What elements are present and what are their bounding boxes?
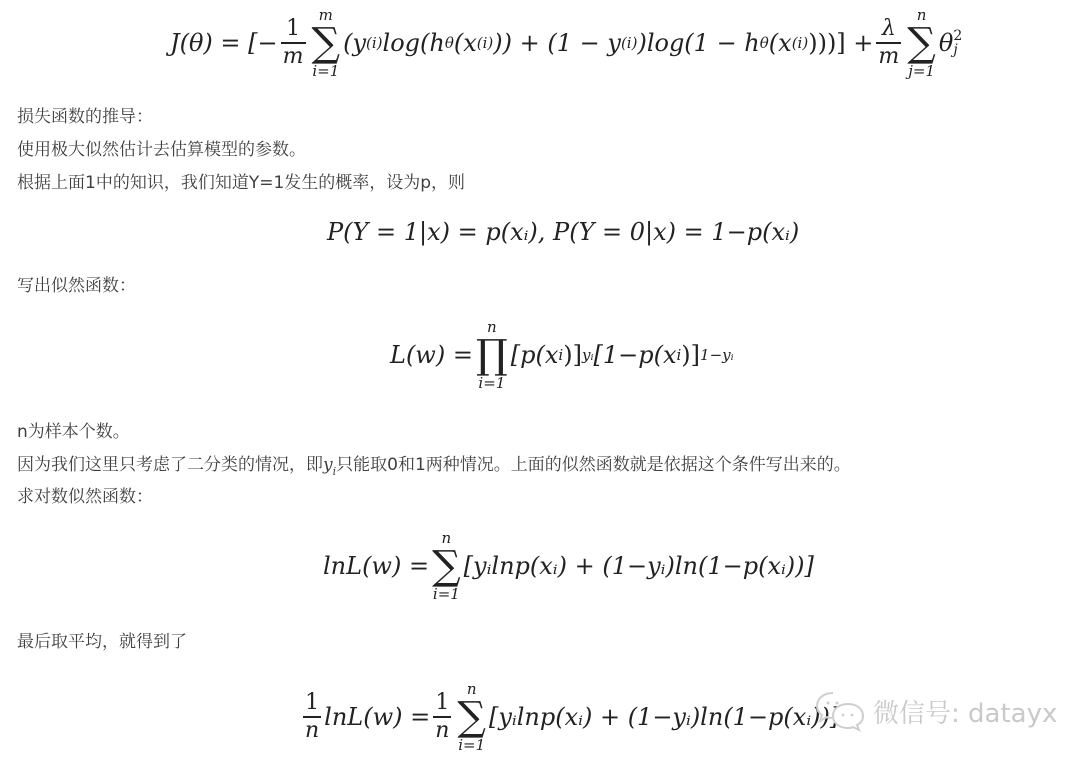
sup-i: (i) xyxy=(621,34,638,52)
loglik-lhs: lnL(w) = xyxy=(323,552,429,580)
exp-1-minus-yi: 1−yᵢ xyxy=(700,346,734,364)
binary-note: 因为我们这里只考虑了二分类的情况，即yi只能取0和1两种情况。上面的似然函数就是… xyxy=(17,454,851,483)
likelihood-body-b: )] xyxy=(563,341,582,369)
n-definition: n为样本个数。 xyxy=(17,421,130,443)
theta-sup: 2 xyxy=(953,29,962,43)
likelihood-body-a: [p(x xyxy=(511,341,559,369)
cost-lhs: J(θ) = [− xyxy=(170,29,278,57)
theta: θ xyxy=(939,29,953,57)
frac-num: 1 xyxy=(284,16,302,42)
likelihood-body-d: )] xyxy=(681,341,700,369)
likelihood-lhs: L(w) = xyxy=(390,341,473,369)
likelihood-body-c: [1−p(x xyxy=(593,341,676,369)
derivation-title: 损失函数的推导： xyxy=(17,106,153,128)
exp-yi: yᵢ xyxy=(582,346,594,364)
product-i: n ∏ i=1 xyxy=(476,319,508,391)
sum-lower: i=1 xyxy=(312,63,339,79)
average-intro: 最后取平均，就得到了 xyxy=(17,631,187,653)
yi-inline: yi xyxy=(323,455,336,475)
sigma-symbol: ∑ xyxy=(457,697,486,737)
cost-body-c: (x xyxy=(454,29,477,57)
sub-theta: θ xyxy=(445,34,454,52)
cost-body-a: (y xyxy=(343,29,366,57)
watermark-text: 微信号: datayx xyxy=(873,693,1057,730)
prob-intro: 根据上面1中的知识，我们知道Y=1发生的概率，设为p，则 xyxy=(17,172,465,194)
write-likelihood: 写出似然函数： xyxy=(17,275,136,297)
pi-symbol: ∏ xyxy=(476,335,508,375)
binary-note-b: 只能取0和1两种情况。上面的似然函数就是依据这个条件写出来的。 xyxy=(336,455,851,475)
sigma-symbol: ∑ xyxy=(432,546,461,586)
cost-function-formula: J(θ) = [− 1 m m ∑ i=1 (y(i) log(hθ (x(i)… xyxy=(170,2,962,84)
frac-den: n xyxy=(303,718,321,744)
mle-intro: 使用极大似然估计去估算模型的参数。 xyxy=(17,139,306,161)
probability-formula: P(Y = 1|x) = p(xᵢ), P(Y = 0|x) = 1−p(xᵢ) xyxy=(327,216,799,248)
sub-theta: θ xyxy=(760,34,769,52)
frac-num: λ xyxy=(880,16,898,42)
average-log-likelihood-formula: 1 n lnL(w) = 1 n n ∑ i=1 [yᵢlnp(xᵢ) + (1… xyxy=(300,676,839,758)
sigma-symbol: ∑ xyxy=(312,23,341,63)
sup-i: (i) xyxy=(792,34,809,52)
cost-body-b: log(h xyxy=(383,29,445,57)
cost-body-e: )log(1 − h xyxy=(637,29,759,57)
summation-i: n ∑ i=1 xyxy=(457,681,486,753)
log-likelihood-intro: 求对数似然函数： xyxy=(17,486,153,508)
cost-body-d: )) + (1 − y xyxy=(493,29,621,57)
theta-sub: j xyxy=(953,43,962,57)
sigma-symbol: ∑ xyxy=(907,23,936,63)
prod-lower: i=1 xyxy=(478,375,505,391)
cost-body-f: )))] + xyxy=(808,29,873,57)
theta-scripts: 2 j xyxy=(953,29,962,57)
sum-lower: j=1 xyxy=(908,63,935,79)
fraction-1-over-n: 1 n xyxy=(303,690,321,743)
sup-i: (i) xyxy=(366,34,383,52)
fraction-1-over-m: 1 m xyxy=(281,16,306,69)
binary-note-a: 因为我们这里只考虑了二分类的情况，即 xyxy=(17,455,323,475)
log-likelihood-formula: lnL(w) = n ∑ i=1 [yᵢlnp(xᵢ) + (1−yᵢ)ln(1… xyxy=(323,526,814,606)
frac-den: m xyxy=(876,44,901,70)
avg-lhs: lnL(w) = xyxy=(324,703,430,731)
sum-lower: i=1 xyxy=(433,586,460,602)
summation-i: m ∑ i=1 xyxy=(312,7,341,79)
sup-i: (i) xyxy=(477,34,494,52)
frac-den: m xyxy=(281,44,306,70)
probability-text: P(Y = 1|x) = p(xᵢ), P(Y = 0|x) = 1−p(xᵢ) xyxy=(327,218,799,246)
sum-lower: i=1 xyxy=(458,737,485,753)
fraction-lambda-over-m: λ m xyxy=(876,16,901,69)
avg-body: [yᵢlnp(xᵢ) + (1−yᵢ)ln(1−p(xᵢ))] xyxy=(489,703,839,731)
frac-num: 1 xyxy=(303,690,321,716)
summation-j: n ∑ j=1 xyxy=(907,7,936,79)
frac-num: 1 xyxy=(433,690,451,716)
loglik-body: [yᵢlnp(xᵢ) + (1−yᵢ)ln(1−p(xᵢ))] xyxy=(464,552,814,580)
likelihood-formula: L(w) = n ∏ i=1 [p(xi )]yᵢ [1−p(xi )]1−yᵢ xyxy=(390,316,734,394)
wechat-icon xyxy=(815,690,865,732)
wechat-watermark: 微信号: datayx xyxy=(815,690,1057,732)
fraction-1-over-n: 1 n xyxy=(433,690,451,743)
summation-i: n ∑ i=1 xyxy=(432,530,461,602)
frac-den: n xyxy=(433,718,451,744)
var-y: y xyxy=(323,455,333,475)
cost-body-c: (x xyxy=(769,29,792,57)
